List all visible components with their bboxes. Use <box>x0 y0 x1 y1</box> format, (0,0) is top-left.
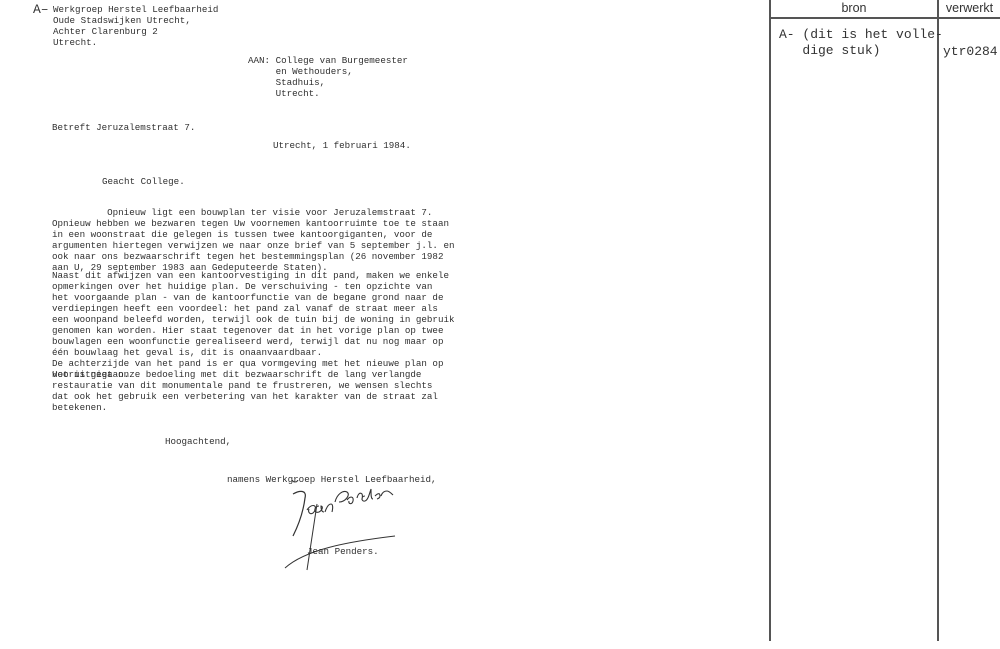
paragraph-2: Naast dit afwijzen van een kantoorvestig… <box>52 270 454 380</box>
date-line: Utrecht, 1 februari 1984. <box>273 140 411 151</box>
table-divider-middle <box>937 0 939 641</box>
table-divider-left <box>769 0 771 641</box>
table-cell-bron: A- (dit is het volle- dige stuk) <box>779 27 943 59</box>
paragraph-1: Opnieuw ligt een bouwplan ter visie voor… <box>52 207 454 273</box>
salutation: Geacht College. <box>102 176 185 187</box>
signatory-name: Jean Penders. <box>307 546 379 557</box>
column-header-bron: bron <box>771 1 937 15</box>
addressee-block: AAN: College van Burgemeester en Wethoud… <box>248 55 408 99</box>
column-header-verwerkt: verwerkt <box>939 1 1000 15</box>
handwritten-signature <box>275 480 415 580</box>
closing: Hoogachtend, <box>165 436 231 447</box>
source-marker: A– <box>33 2 49 17</box>
paragraph-3: Het is niet onze bedoeling met dit bezwa… <box>52 369 438 413</box>
table-cell-verwerkt: ytr0284 <box>943 44 998 60</box>
subject-line: Betreft Jeruzalemstraat 7. <box>52 122 195 133</box>
sender-address: Werkgroep Herstel Leefbaarheid Oude Stad… <box>53 4 218 48</box>
table-header-rule <box>769 17 1000 19</box>
